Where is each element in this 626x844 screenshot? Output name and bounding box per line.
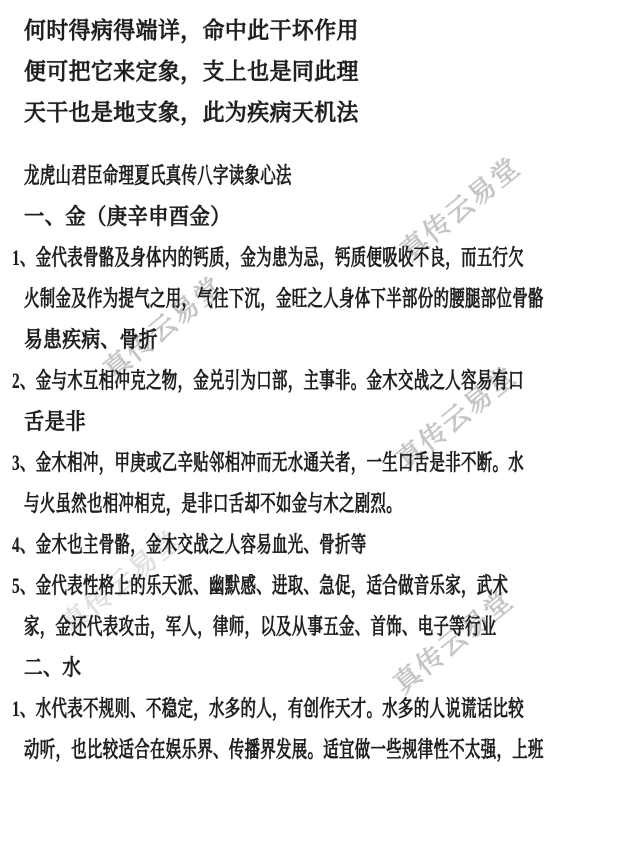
paragraph-line: 舌是非 [0, 400, 626, 441]
document-page: 真传云易堂 真传云易堂 真传云易堂 真传云易堂 真传云易堂 何时得病得端详，命中… [0, 0, 626, 844]
paragraph-line: 1、水代表不规则、不稳定，水多的人，有创作天才。水多的人说谎话比较 [0, 687, 626, 728]
paragraph-line: 与火虽然也相冲相克，是非口舌却不如金与木之剧烈。 [0, 482, 626, 523]
section-heading-water: 二、水 [0, 646, 626, 687]
document-text: 何时得病得端详，命中此干坏作用 便可把它来定象，支上也是同此理 天干也是地支象，… [0, 0, 626, 769]
paragraph-line: 1、金代表骨骼及身体内的钙质，金为患为忌，钙质便吸收不良，而五行欠 [0, 236, 626, 277]
paragraph-line: 2、金与木互相冲克之物，金兑引为口部，主事非。金木交战之人容易有口 [0, 359, 626, 400]
verse-line: 何时得病得端详，命中此干坏作用 [0, 8, 626, 49]
paragraph-line: 家，金还代表攻击，军人，律师，以及从事五金、首饰、电子等行业 [0, 605, 626, 646]
section-heading-metal: 一、金（庚辛申酉金） [0, 195, 626, 236]
paragraph-line: 火制金及作为提气之用，气往下沉，金旺之人身体下半部份的腰腿部位骨骼 [0, 277, 626, 318]
paragraph-line: 动听，也比较适合在娱乐界、传播界发展。适宜做一些规律性不太强，上班 [0, 728, 626, 769]
paragraph-line: 3、金木相冲，甲庚或乙辛贴邻相冲而无水通关者，一生口舌是非不断。水 [0, 441, 626, 482]
verse-line: 天干也是地支象，此为疾病天机法 [0, 90, 626, 131]
doc-title: 龙虎山君臣命理夏氏真传八字读象心法 [0, 154, 626, 195]
verse-line: 便可把它来定象，支上也是同此理 [0, 49, 626, 90]
paragraph-line: 4、金木也主骨骼，金木交战之人容易血光、骨折等 [0, 523, 626, 564]
paragraph-line: 易患疾病、骨折 [0, 318, 626, 359]
paragraph-line: 5、金代表性格上的乐天派、幽默感、进取、急促，适合做音乐家，武术 [0, 564, 626, 605]
